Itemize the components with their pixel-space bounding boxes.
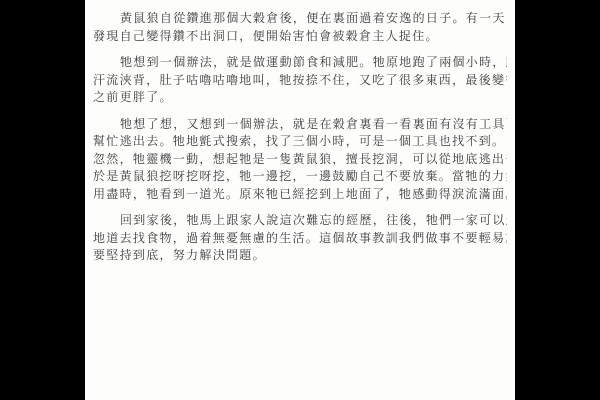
- photo-canvas: 黃鼠狼自從鑽進那個大穀倉後，便在裏面過着安逸的日子。有一天，牠發現自己變得鑽不出…: [0, 0, 600, 400]
- text-line: 用盡時，牠看到一道光。原來牠已經挖到上地面了，牠感動得淚流滿面。: [93, 186, 507, 204]
- text-line: 要堅持到底，努力解決問題。: [93, 247, 507, 265]
- text-line: 回到家後，牠馬上跟家人說這次難忘的經歷，往後，牠們一家可以通過: [93, 212, 507, 230]
- text-line: 地道去找食物，過着無憂無慮的生活。這個故事教訓我們做事不要輕易放棄，: [93, 230, 507, 248]
- text-line: 發現自己變得鑽不出洞口，便開始害怕會被穀倉主人捉住。: [93, 28, 507, 46]
- paragraph: 牠想了想，又想到一個辦法，就是在穀倉裏看一看裏面有沒有工具可以幫忙逃出去。牠地氈…: [93, 116, 507, 204]
- document-page: 黃鼠狼自從鑽進那個大穀倉後，便在裏面過着安逸的日子。有一天，牠發現自己變得鑽不出…: [85, 0, 515, 400]
- text-line: 黃鼠狼自從鑽進那個大穀倉後，便在裏面過着安逸的日子。有一天，牠: [93, 10, 507, 28]
- text-line: 牠想到一個辦法，就是做運動節食和減肥。牠原地跑了兩個小時，跑得: [93, 54, 507, 72]
- text-line: 幫忙逃出去。牠地氈式搜索，找了三個小時，可是一個工具也找不到。: [93, 133, 507, 151]
- document-text: 黃鼠狼自從鑽進那個大穀倉後，便在裏面過着安逸的日子。有一天，牠發現自己變得鑽不出…: [85, 0, 515, 265]
- text-line: 牠想了想，又想到一個辦法，就是在穀倉裏看一看裏面有沒有工具可以: [93, 116, 507, 134]
- paragraph: 牠想到一個辦法，就是做運動節食和減肥。牠原地跑了兩個小時，跑得汗流浹背，肚子咕嚕…: [93, 54, 507, 107]
- text-line: 之前更胖了。: [93, 89, 507, 107]
- text-line: 於是黃鼠狼挖呀挖呀挖，牠一邊挖，一邊鼓勵自己不要放棄。當牠的力氣快: [93, 168, 507, 186]
- text-line: 汗流浹背，肚子咕嚕咕嚕地叫，牠按捺不住，又吃了很多東西，最後變得比: [93, 72, 507, 90]
- paragraph: 回到家後，牠馬上跟家人說這次難忘的經歷，往後，牠們一家可以通過地道去找食物，過着…: [93, 212, 507, 265]
- paragraph: 黃鼠狼自從鑽進那個大穀倉後，便在裏面過着安逸的日子。有一天，牠發現自己變得鑽不出…: [93, 10, 507, 45]
- text-line: 忽然，牠靈機一動，想起牠是一隻黃鼠狼，擅長挖洞，可以從地底逃出去。: [93, 151, 507, 169]
